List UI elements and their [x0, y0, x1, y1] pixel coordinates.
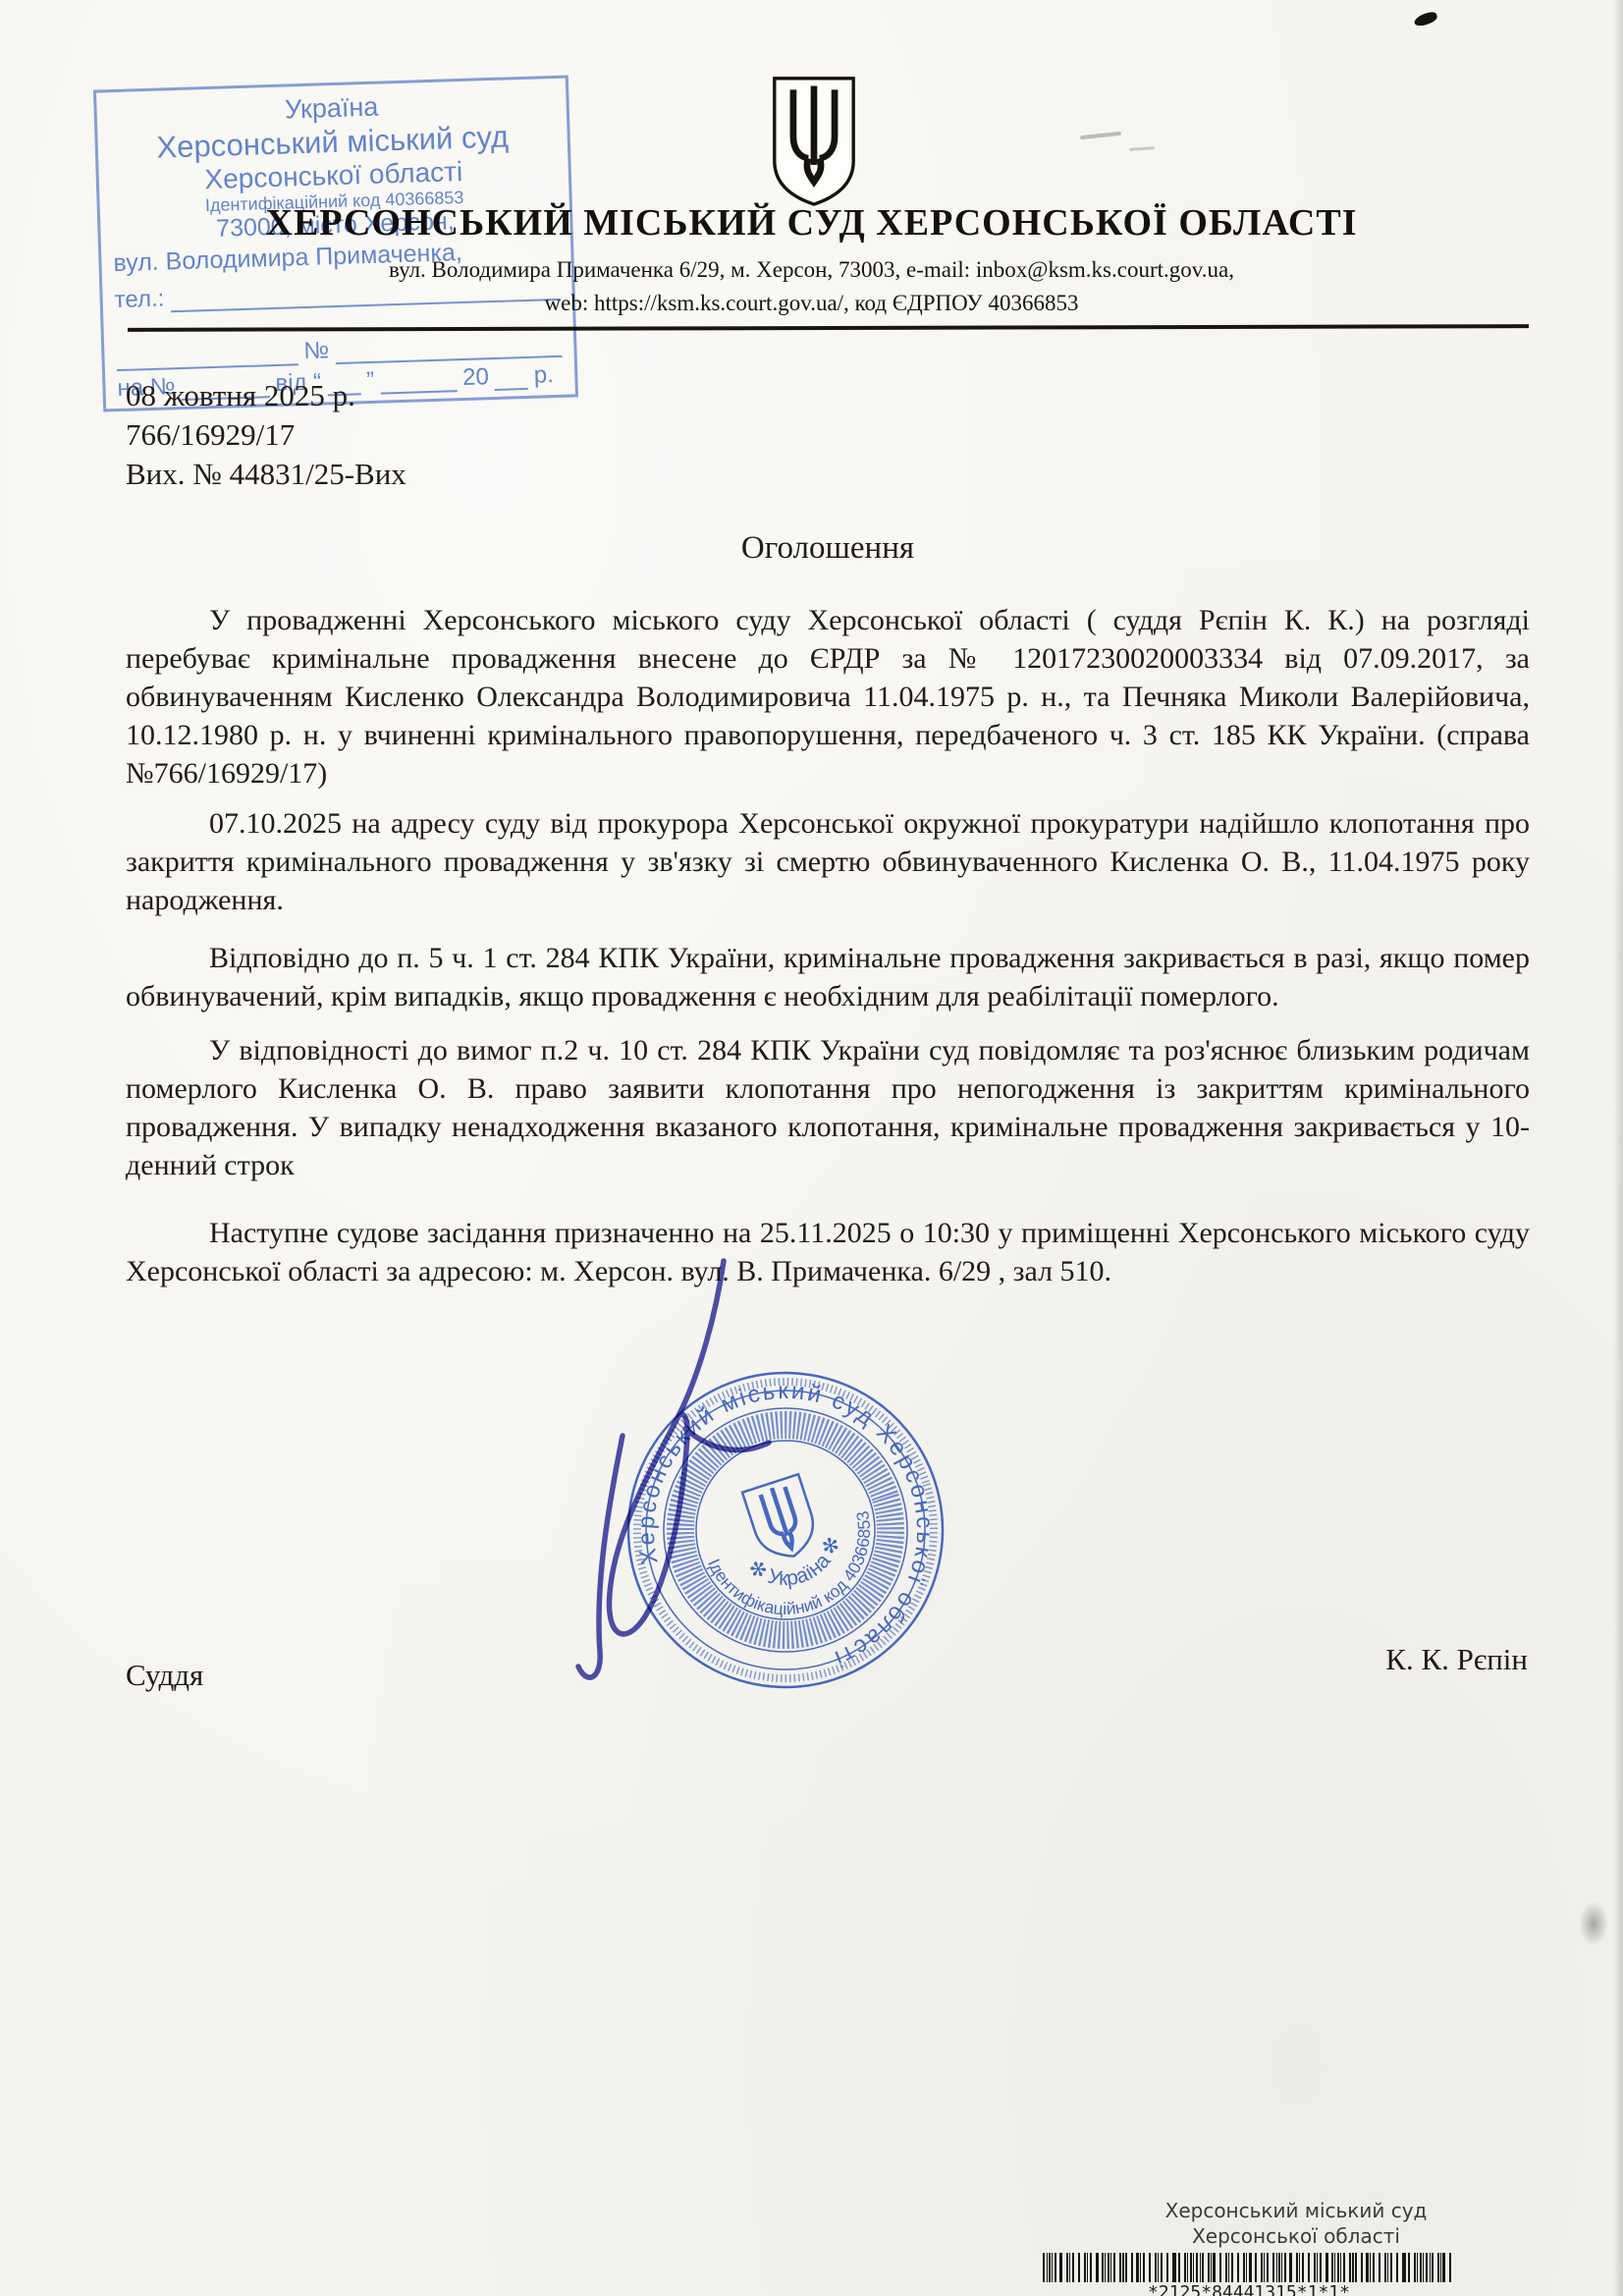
- stamp-tel-blank-line: [170, 275, 561, 312]
- outgoing-number: Вих. № 44831/25-Вих: [126, 455, 406, 494]
- stamp-no-blank-right: [335, 332, 563, 364]
- corner-stamp: Україна Херсонський міський суд Херсонсь…: [93, 75, 578, 411]
- ink-blot-artifact: [1413, 11, 1438, 28]
- paragraph-case-info: У провадженні Херсонського міського суду…: [126, 601, 1530, 793]
- document-title: Оголошення: [126, 530, 1530, 567]
- ukraine-trident-emblem-icon: [767, 75, 861, 206]
- stamp-tel-label: тел.:: [114, 286, 164, 315]
- document-body: У провадженні Херсонського міського суду…: [126, 601, 1530, 1290]
- judge-name: К. К. Рєпін: [1385, 1642, 1528, 1677]
- paragraph-legal-basis: Відповідно до п. 5 ч. 1 ст. 284 КПК Укра…: [126, 939, 1530, 1015]
- registration-barcode: [1043, 2253, 1455, 2282]
- case-number: 766/16929/17: [126, 415, 406, 455]
- reference-block: 08 жовтня 2025 р. 766/16929/17 Вих. № 44…: [126, 376, 406, 494]
- stamp-no-symbol: №: [303, 337, 330, 365]
- footer-court-line1: Херсонський міський суд: [1100, 2198, 1492, 2223]
- stamp-blank: [494, 364, 528, 391]
- paragraph-motion-received: 07.10.2025 на адресу суду від прокурора …: [126, 804, 1530, 919]
- stamp-no-blank-left: [116, 340, 298, 371]
- pencil-mark-artifact: [1080, 132, 1121, 139]
- barcode-number: *2125*84441315*1*1*: [1043, 2282, 1455, 2296]
- document-date: 08 жовтня 2025 р.: [126, 376, 406, 415]
- stamp-tel-row: тел.:: [114, 273, 561, 314]
- judge-signature: [530, 1228, 844, 1709]
- footer-court-name: Херсонський міський суд Херсонської обла…: [1100, 2198, 1492, 2249]
- paragraph-relatives-rights: У відповідності до вимог п.2 ч. 10 ст. 2…: [126, 1031, 1530, 1184]
- scanned-court-document: ХЕРСОНСЬКИЙ МІСЬКИЙ СУД ХЕРСОНСЬКОЇ ОБЛА…: [0, 0, 1623, 2296]
- stamp-r-abbrev: р.: [533, 361, 554, 390]
- judge-label: Суддя: [126, 1658, 203, 1693]
- scan-smudge-artifact: [1579, 1901, 1608, 1946]
- footer-court-line2: Херсонської області: [1100, 2223, 1492, 2249]
- stamp-year-20: 20: [462, 363, 490, 392]
- pencil-mark-artifact: [1129, 146, 1155, 151]
- scan-edge-shadow: [1613, 0, 1623, 2296]
